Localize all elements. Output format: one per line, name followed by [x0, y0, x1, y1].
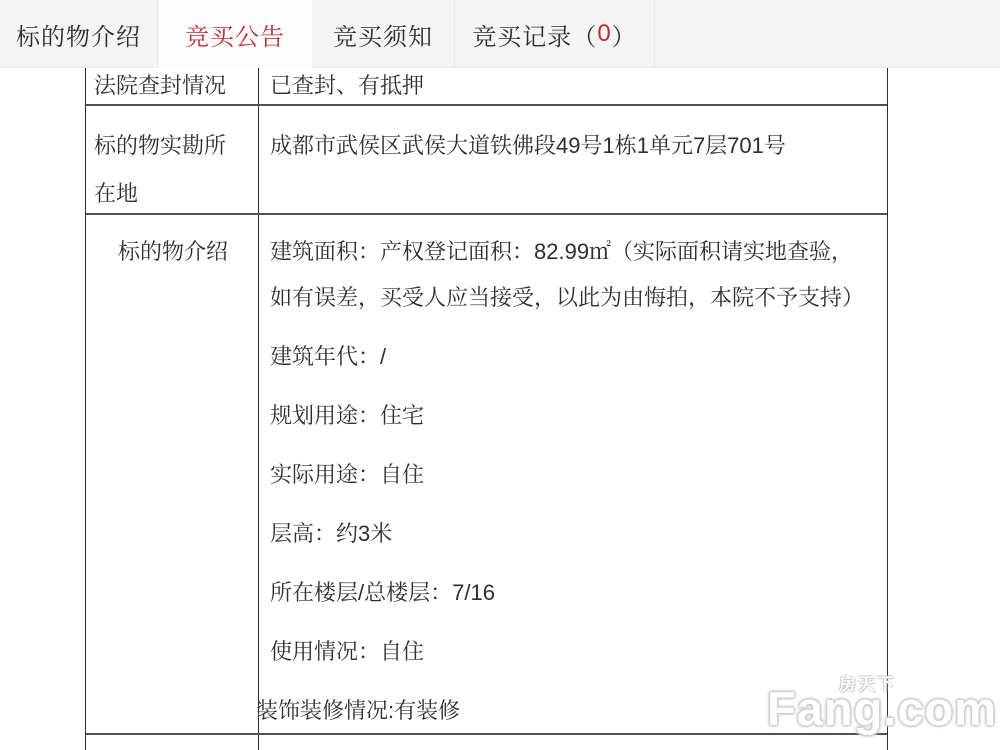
tab-auction-announcement[interactable]: 竞买公告 — [158, 0, 312, 69]
tab-auction-notice[interactable]: 竞买须知 — [312, 0, 455, 68]
tab-subject-intro[interactable]: 标的物介绍 — [0, 0, 158, 68]
usage-status-line: 使用情况：自住 — [270, 629, 875, 675]
row-label-survey-location: 标的物实勘所在地 — [86, 106, 259, 213]
floor-height-line: 层高：约3米 — [270, 511, 875, 557]
tab-bid-records-label-suffix: ） — [612, 17, 637, 52]
row-value-survey-location: 成都市武侯区武侯大道铁佛段49号1栋1单元7层701号 — [259, 106, 887, 213]
tab-bid-records[interactable]: 竞买记录（0） — [455, 0, 655, 68]
actual-use-line: 实际用途：自住 — [270, 452, 875, 498]
building-area-line: 建筑面积：产权登记面积：82.99㎡（实际面积请实地查验， 如有误差，买受人应当… — [270, 229, 875, 321]
row-value-empty — [259, 735, 887, 750]
tab-bid-records-label: 竞买记录（ — [472, 17, 597, 52]
row-label-court-seizure: 法院查封情况 — [86, 68, 259, 104]
row-value-subject-intro: 建筑面积：产权登记面积：82.99㎡（实际面积请实地查验， 如有误差，买受人应当… — [259, 215, 887, 733]
row-label-empty — [86, 735, 259, 750]
row-value-court-seizure: 已查封、有抵押 — [259, 68, 887, 104]
bid-records-count: 0 — [597, 20, 611, 48]
floor-number-line: 所在楼层/总楼层：7/16 — [270, 570, 875, 616]
row-label-subject-intro: 标的物介绍 — [86, 215, 259, 733]
planned-use-line: 规划用途：住宅 — [270, 393, 875, 439]
table-row-next-partial — [86, 735, 887, 750]
building-year-line: 建筑年代：/ — [270, 334, 875, 380]
tab-bar: 标的物介绍 竞买公告 竞买须知 竞买记录（0） — [0, 0, 1000, 68]
table-row-subject-intro: 标的物介绍 建筑面积：产权登记面积：82.99㎡（实际面积请实地查验， 如有误差… — [86, 215, 887, 735]
subject-detail-table: 法院查封情况 已查封、有抵押 标的物实勘所在地 成都市武侯区武侯大道铁佛段49号… — [85, 68, 888, 750]
table-row-survey-location: 标的物实勘所在地 成都市武侯区武侯大道铁佛段49号1栋1单元7层701号 — [86, 106, 887, 215]
table-row-court-seizure: 法院查封情况 已查封、有抵押 — [86, 68, 887, 106]
decoration-status-line: 装饰装修情况:有装修 — [256, 688, 875, 734]
